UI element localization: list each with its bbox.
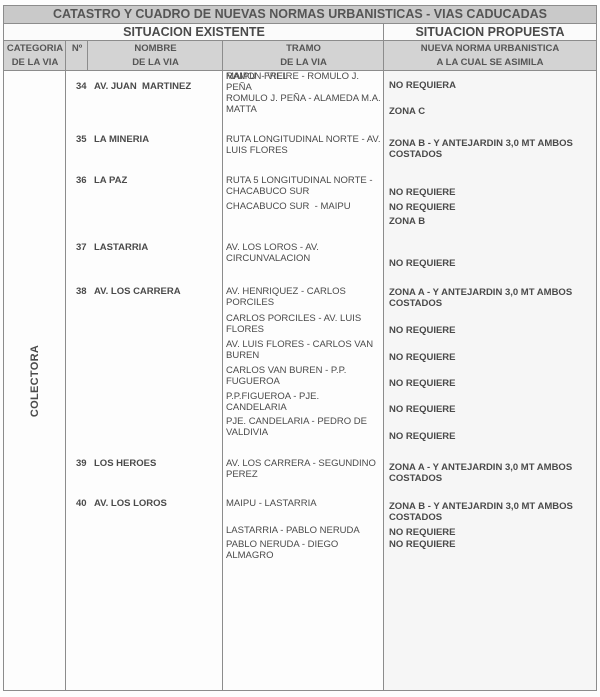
via-tramo: RUTA LONGITUDINAL NORTE - AV. LUIS FLORE… [226,134,381,156]
via-norma: ZONA C [389,106,425,117]
via-nombre: AV. LOS CARRERA [94,286,181,297]
section-existente: SITUACION EXISTENTE [4,24,384,40]
via-norma: NO REQUIERE [389,378,456,389]
via-norma: NO REQUIERE [389,352,456,363]
via-tramo: AV. LUIS FLORES - CARLOS VAN BUREN [226,339,373,361]
section-header-row: SITUACION EXISTENTE SITUACION PROPUESTA [4,24,596,41]
via-tramo: PABLO NERUDA - DIEGO ALMAGRO [226,539,338,561]
via-nombre: AV. JUAN MARTINEZ [94,81,191,92]
via-tramo: AV. HENRIQUEZ - CARLOS PORCILES [226,286,346,308]
via-norma: ZONA A - Y ANTEJARDIN 3,0 MT AMBOS COSTA… [389,287,572,309]
section-propuesta: SITUACION PROPUESTA [384,24,596,40]
via-norma: NO REQUIERE [389,202,456,213]
table-body: COLECTORA 34AV. JUAN MARTINEZRAMON FREIR… [4,71,596,690]
col-nueva-norma: NUEVA NORMA URBANISTICAA LA CUAL SE ASIM… [384,41,596,70]
via-norma: NO REQUIERA [389,80,456,91]
via-norma: NO REQUIERE [389,187,456,198]
via-tramo: CARLOS PORCILES - AV. LUIS FLORES [226,313,361,335]
via-numero: 34 [76,81,87,92]
via-norma: NO REQUIERE [389,431,456,442]
via-numero: 37 [76,242,87,253]
categoria-cell: COLECTORA [4,71,66,690]
via-nombre: LA MINERIA [94,134,149,145]
via-tramo: P.P.FIGUEROA - PJE. CANDELARIA [226,391,319,413]
column-header-row: CATEGORIADE LA VIA Nº NOMBREDE LA VIA TR… [4,41,596,71]
via-nombre: LOS HEROES [94,458,156,469]
via-norma: ZONA B - Y ANTEJARDIN 3,0 MT AMBOS COSTA… [389,138,573,160]
via-tramo: MAIPU - VIEL [226,71,288,82]
vias-table: CATASTRO Y CUADRO DE NUEVAS NORMAS URBAN… [3,5,597,691]
col-tramo: TRAMODE LA VIA [223,41,384,70]
via-tramo: LASTARRIA - PABLO NERUDA [226,525,360,536]
col-nombre: NOMBREDE LA VIA [88,41,223,70]
via-tramo: AV. LOS CARRERA - SEGUNDINO PEREZ [226,458,376,480]
via-norma: NO REQUIERE [389,325,456,336]
via-tramo: ROMULO J. PEÑA - ALAMEDA M.A. MATTA [226,93,381,115]
via-nombre: AV. LOS LOROS [94,498,167,509]
via-numero: 40 [76,498,87,509]
via-nombre: LA PAZ [94,175,127,186]
via-tramo: CHACABUCO SUR - MAIPU [226,201,351,212]
via-numero: 35 [76,134,87,145]
via-norma: ZONA B - Y ANTEJARDIN 3,0 MT AMBOS COSTA… [389,501,573,523]
via-norma: NO REQUIERE [389,539,456,550]
col-categoria: CATEGORIADE LA VIA [4,41,66,70]
via-norma: NO REQUIERE [389,404,456,415]
via-norma: NO REQUIERE [389,527,456,538]
via-norma: NO REQUIERE [389,258,456,269]
categoria-label: COLECTORA [29,345,41,417]
via-norma: ZONA A - Y ANTEJARDIN 3,0 MT AMBOS COSTA… [389,462,572,484]
via-tramo: CARLOS VAN BUREN - P.P. FUGUEROA [226,365,346,387]
via-numero: 38 [76,286,87,297]
via-tramo: PJE. CANDELARIA - PEDRO DE VALDIVIA [226,416,367,438]
table-title: CATASTRO Y CUADRO DE NUEVAS NORMAS URBAN… [4,6,596,24]
via-tramo: RUTA 5 LONGITUDINAL NORTE - CHACABUCO SU… [226,175,373,197]
via-norma: ZONA B [389,216,425,227]
via-tramo: MAIPU - LASTARRIA [226,498,317,509]
via-numero: 36 [76,175,87,186]
via-nombre: LASTARRIA [94,242,148,253]
via-tramo: AV. LOS LOROS - AV. CIRCUNVALACION [226,242,319,264]
col-numero: Nº [66,41,88,70]
via-numero: 39 [76,458,87,469]
